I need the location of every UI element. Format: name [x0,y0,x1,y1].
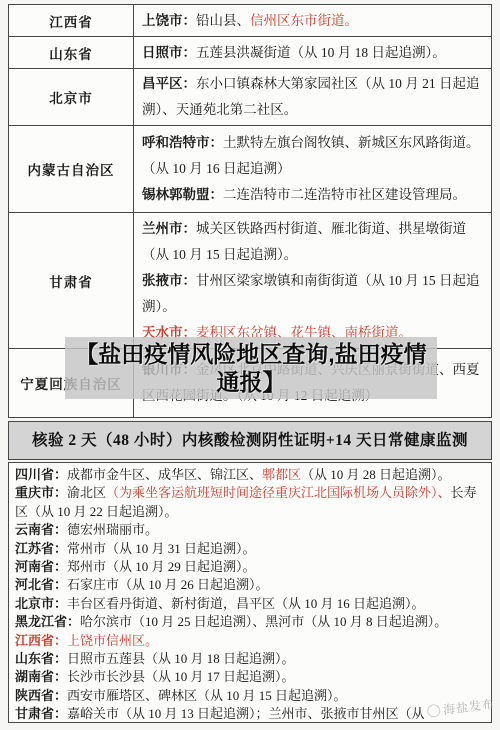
province-cell: 内蒙古自治区 [9,126,134,213]
text-segment: 上饶市： [142,13,196,28]
table-row: 北京市昌平区：东小口镇森林大第家园社区（从 10 月 21 日起追溯）、天通苑北… [9,69,492,126]
text-segment: 丰台区看丹街道、新村街道，昌平区（从 10 月 16 日起追溯）。 [67,596,425,611]
list-item: 山东省：日照市五莲县（从 10 月 18 日起追溯）。 [15,650,485,668]
list-item: 江苏省：常州市（从 10 月 31 日起追溯）。 [15,540,485,558]
detail-cell: 日照市：五莲县洪凝街道（从 10 月 18 日起追溯）。 [134,37,492,69]
detail-paragraph: 日照市：五莲县洪凝街道（从 10 月 18 日起追溯）。 [142,40,483,66]
text-segment: 信州区东市街道。 [250,13,358,28]
text-segment: 成都市金牛区、成华区、锦江区、 [67,467,262,482]
text-segment: 黑龙江省： [15,614,80,629]
detail-cell: 昌平区：东小口镇森林大第家园社区（从 10 月 21 日起追溯）、天通苑北第二社… [134,69,492,126]
list-item: 北京市：丰台区看丹街道、新村街道，昌平区（从 10 月 16 日起追溯）。 [15,595,485,613]
detail-paragraph: 上饶市：铅山县、信州区东市街道。 [142,8,483,34]
text-segment: 锡林郭勒盟： [142,187,223,202]
detail-paragraph: 昌平区：东小口镇森林大第家园社区（从 10 月 21 日起追溯）、天通苑北第二社… [142,71,483,123]
list-item: 湖南省：长沙市长沙县（从 10 月 17 日起追溯）。 [15,668,485,686]
province-cell: 山东省 [9,37,134,69]
province-cell: 北京市 [9,69,134,126]
province-cell: 江西省 [9,5,134,37]
text-segment: 张掖市： [142,273,196,288]
title-overlay: 【盐田疫情风险地区查询,盐田疫情通报】 [65,337,437,399]
text-segment: 石家庄市（从 10 月 26 日起追溯）。 [67,577,269,592]
text-segment: 兰州市： [142,221,196,236]
detail-cell: 兰州市：城关区铁路西村街道、雁北街道、拱星墩街道（从 10 月 15 日起追溯）… [134,213,492,349]
text-segment: 陕西省： [15,688,67,703]
text-segment: 常州市（从 10 月 31 日起追溯）。 [67,541,256,556]
province-checklist: 四川省：成都市金牛区、成华区、锦江区、郫都区（从 10 月 28 日起追溯）。重… [8,462,492,723]
text-segment: 江西省： [15,633,67,648]
text-segment: 日照市五莲县（从 10 月 18 日起追溯）。 [67,651,295,666]
text-segment: 山东省： [15,651,67,666]
table-row: 山东省日照市：五莲县洪凝街道（从 10 月 18 日起追溯）。 [9,37,492,69]
text-segment: 湖南省： [15,669,67,684]
text-segment: 呼和浩特市： [142,135,223,150]
text-segment: 五莲县洪凝街道（从 10 月 18 日起追溯）。 [196,45,446,60]
text-segment: 河北省： [15,577,67,592]
table-row: 内蒙古自治区呼和浩特市：土默特左旗台阁牧镇、新城区东风路街道。（从 10 月 1… [9,126,492,213]
nucleic-acid-banner: 核验 2 天（48 小时）内核酸检测阴性证明+14 天日常健康监测 [8,421,492,460]
text-segment: 北京市： [15,596,67,611]
text-segment: 河南省： [15,559,67,574]
detail-paragraph: 兰州市：城关区铁路西村街道、雁北街道、拱星墩街道（从 10 月 15 日起追溯）… [142,216,483,268]
text-segment: （为乘坐客运航班短时间途径重庆江北国际机场人员除外）、 [106,485,451,500]
page-title: 【盐田疫情风险地区查询,盐田疫情通报】 [65,337,437,399]
text-segment: 西安市雁塔区、碑林区（从 10 月 15 日起追溯）。 [67,688,347,703]
list-item: 河北省：石家庄市（从 10 月 26 日起追溯）。 [15,576,485,594]
list-item: 甘肃省：嘉峪关市（从 10 月 13 日起追溯）；兰州市、张掖市甘州区（从 [15,705,485,723]
text-segment: 铅山县、 [196,13,250,28]
text-segment: 郑州市（从 10 月 29 日起追溯）。 [67,559,256,574]
text-segment: 二连浩特市二连浩特市社区建设管理局。 [223,187,466,202]
table-row: 甘肃省兰州市：城关区铁路西村街道、雁北街道、拱星墩街道（从 10 月 15 日起… [9,213,492,349]
text-segment: 嘉峪关市（从 10 月 13 日起追溯）；兰州市、张掖市甘州区（从 [67,706,425,721]
list-item: 云南省：德宏州瑞丽市。 [15,521,485,539]
text-segment: 德宏州瑞丽市。 [67,522,158,537]
list-item: 河南省：郑州市（从 10 月 29 日起追溯）。 [15,558,485,576]
province-cell: 甘肃省 [9,213,134,349]
text-segment: 渝北区 [67,485,106,500]
text-segment: 长沙市长沙县（从 10 月 17 日起追溯）。 [67,669,295,684]
text-segment: （从 10 月 28 日起追溯）。 [301,467,451,482]
table-row: 江西省上饶市：铅山县、信州区东市街道。 [9,5,492,37]
detail-paragraph: 锡林郭勒盟：二连浩特市二连浩特市社区建设管理局。 [142,182,483,208]
watermark-logo-icon [426,704,440,718]
text-segment: 甘肃省： [15,706,67,721]
text-segment: 日照市： [142,45,196,60]
detail-cell: 呼和浩特市：土默特左旗台阁牧镇、新城区东风路街道。（从 10 月 16 日起追溯… [134,126,492,213]
detail-cell: 上饶市：铅山县、信州区东市街道。 [134,5,492,37]
text-segment: 上饶市信州区。 [67,633,158,648]
list-item: 江西省：上饶市信州区。 [15,632,485,650]
text-segment: 重庆市： [15,485,67,500]
list-item: 四川省：成都市金牛区、成华区、锦江区、郫都区（从 10 月 28 日起追溯）。 [15,466,485,484]
text-segment: 郫都区 [262,467,301,482]
text-segment: 哈尔滨市（10 月 25 日起追溯）、黑河市（从 10 月 8 日起追溯）。 [80,614,447,629]
text-segment: 江苏省： [15,541,67,556]
text-segment: 四川省： [15,467,67,482]
text-segment: 昌平区： [142,76,196,91]
list-item: 黑龙江省：哈尔滨市（10 月 25 日起追溯）、黑河市（从 10 月 8 日起追… [15,613,485,631]
list-item: 重庆市：渝北区（为乘坐客运航班短时间途径重庆江北国际机场人员除外）、长寿区（从 … [15,484,485,521]
detail-paragraph: 呼和浩特市：土默特左旗台阁牧镇、新城区东风路街道。（从 10 月 16 日起追溯… [142,130,483,182]
list-item: 陕西省：西安市雁塔区、碑林区（从 10 月 15 日起追溯）。 [15,687,485,705]
detail-paragraph: 张掖市：甘州区梁家墩镇和南街街道（从 10 月 15 日起追溯）。 [142,268,483,320]
text-segment: 云南省： [15,522,67,537]
